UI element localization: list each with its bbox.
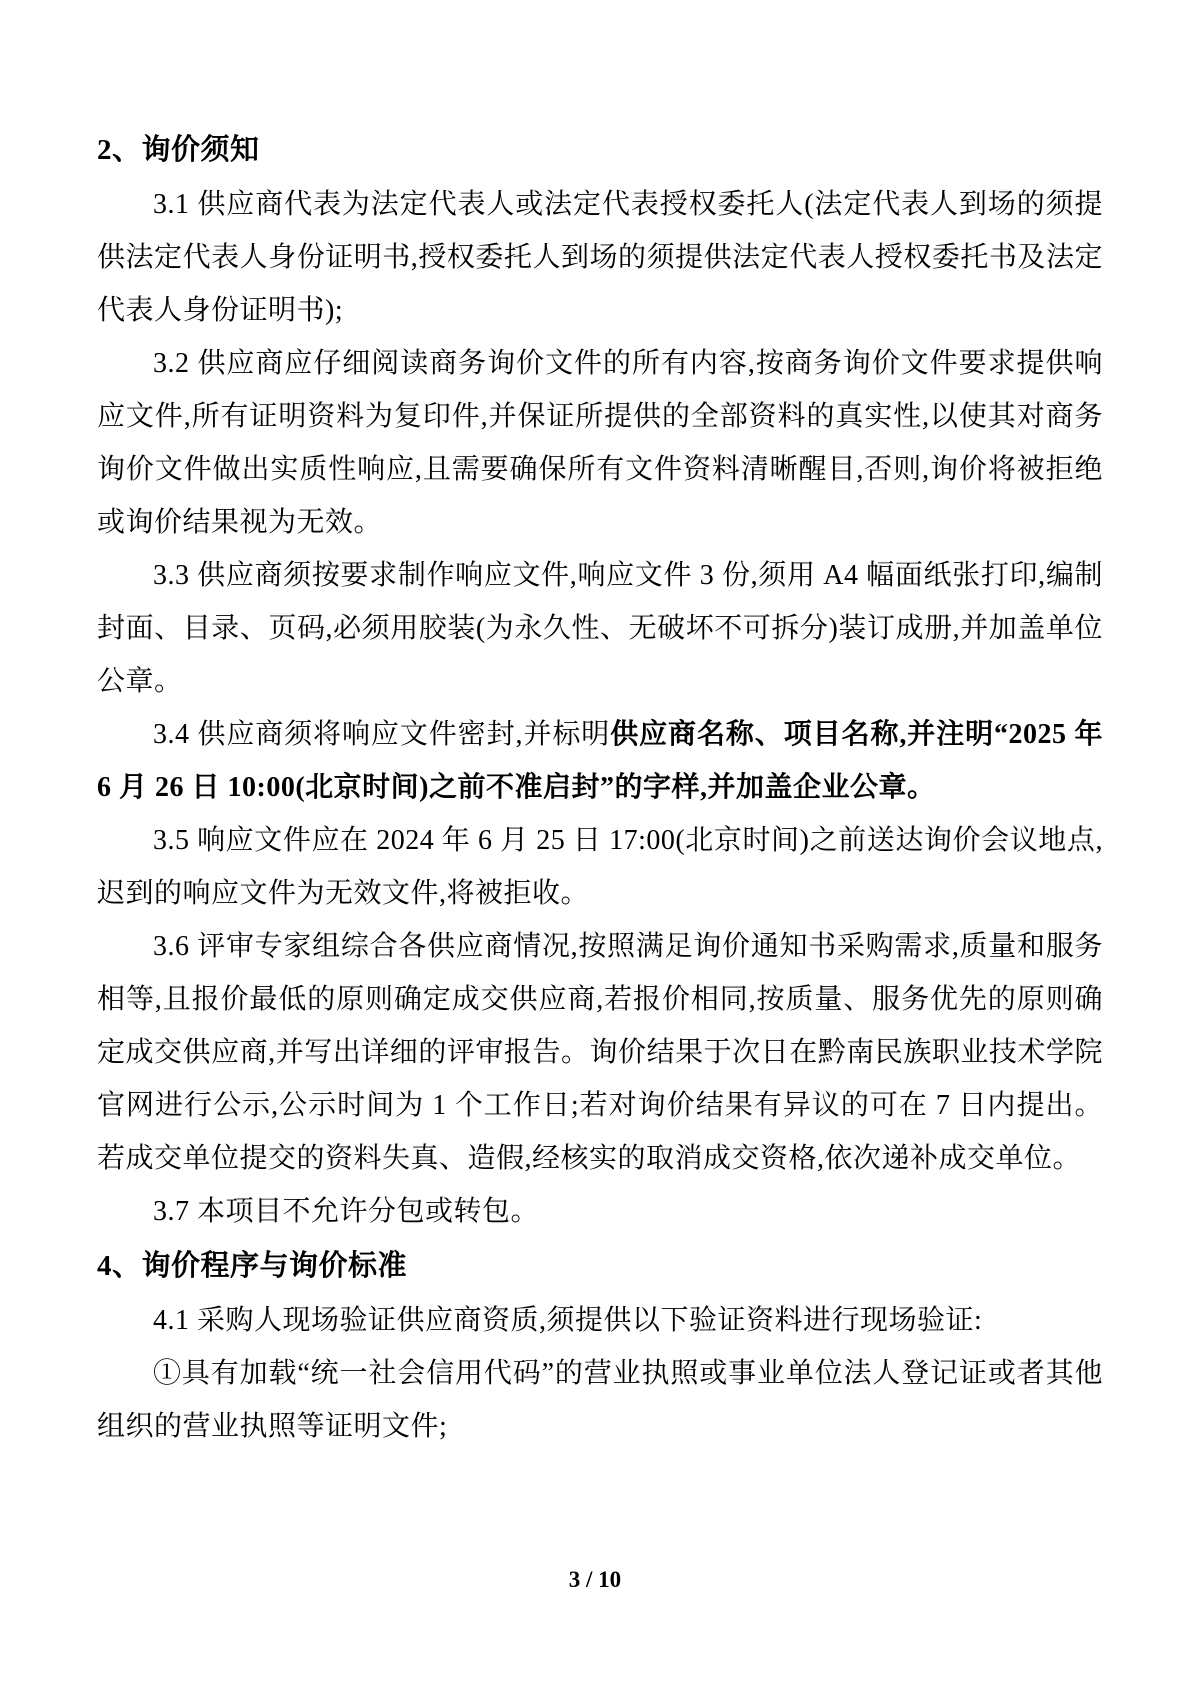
paragraph-3-7: 3.7 本项目不允许分包或转包。 bbox=[97, 1185, 1103, 1238]
paragraph-3-4-normal-text: 3.4 供应商须将响应文件密封,并标明 bbox=[153, 719, 610, 750]
paragraph-3-4: 3.4 供应商须将响应文件密封,并标明供应商名称、项目名称,并注明“2025 年… bbox=[97, 708, 1103, 814]
paragraph-4-1: 4.1 采购人现场验证供应商资质,须提供以下验证资料进行现场验证: bbox=[97, 1294, 1103, 1347]
paragraph-4-1-item-1: ①具有加载“统一社会信用代码”的营业执照或事业单位法人登记证或者其他组织的营业执… bbox=[97, 1347, 1103, 1453]
paragraph-3-5: 3.5 响应文件应在 2024 年 6 月 25 日 17:00(北京时间)之前… bbox=[97, 814, 1103, 920]
paragraph-3-3: 3.3 供应商须按要求制作响应文件,响应文件 3 份,须用 A4 幅面纸张打印,… bbox=[97, 549, 1103, 708]
section-2-heading: 2、询价须知 bbox=[97, 122, 1103, 178]
paragraph-3-1: 3.1 供应商代表为法定代表人或法定代表授权委托人(法定代表人到场的须提供法定代… bbox=[97, 178, 1103, 337]
document-page: 2、询价须知 3.1 供应商代表为法定代表人或法定代表授权委托人(法定代表人到场… bbox=[0, 0, 1190, 1684]
page-number-indicator: 3 / 10 bbox=[0, 1566, 1190, 1594]
document-body: 2、询价须知 3.1 供应商代表为法定代表人或法定代表授权委托人(法定代表人到场… bbox=[97, 122, 1103, 1453]
section-4-heading: 4、询价程序与询价标准 bbox=[97, 1238, 1103, 1294]
paragraph-3-2: 3.2 供应商应仔细阅读商务询价文件的所有内容,按商务询价文件要求提供响应文件,… bbox=[97, 337, 1103, 549]
paragraph-3-6: 3.6 评审专家组综合各供应商情况,按照满足询价通知书采购需求,质量和服务相等,… bbox=[97, 920, 1103, 1185]
